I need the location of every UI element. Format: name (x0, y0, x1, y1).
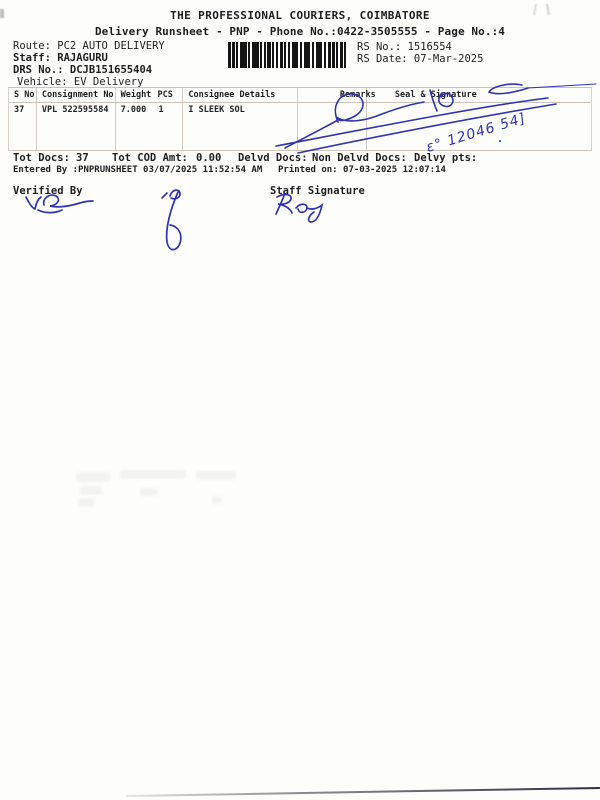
tot-cod-label: Tot COD Amt: (112, 152, 188, 164)
col-header-consignee: Consignee Details (183, 88, 298, 102)
drs-line: DRS No.: DCJB151655404 (13, 64, 152, 76)
rs-no-value: 1516554 (408, 41, 452, 53)
verified-signature-v (26, 197, 41, 209)
drs-value: DCJB151655404 (70, 64, 152, 76)
page-scan-edge (126, 787, 600, 797)
col-header-sno: S No (9, 88, 37, 102)
staff-label: Staff: (13, 52, 51, 64)
middle-signature-tick (162, 193, 167, 198)
bleed-smudge (80, 486, 102, 495)
col-header-consignment: Consignment No (37, 88, 116, 102)
route-label: Route: (13, 40, 51, 52)
bleed-smudge (212, 496, 222, 504)
row-seal-cell (367, 103, 591, 151)
rs-date-line: RS Date: 07-Mar-2025 (357, 53, 483, 65)
bleed-smudge (120, 470, 186, 479)
entered-by-text: Entered By :PNPRUNSHEET 03/07/2025 11:52… (13, 165, 262, 175)
printed-on-text: Printed on: 07-03-2025 12:07:14 (278, 165, 446, 175)
bleed-smudge (140, 488, 158, 496)
delvy-pts-label: Delvy pts: (414, 152, 477, 164)
staff-signature-a (296, 204, 307, 212)
row-weight: 7.000 (116, 103, 153, 151)
staff-signature-y (307, 205, 322, 222)
bleed-smudge (76, 472, 110, 482)
runsheet-document: THE PROFESSIONAL COURIERS, COIMBATORE De… (0, 0, 600, 800)
staff-value: RAJAGURU (57, 52, 108, 64)
table-row: 37 VPL 522595584 7.000 1 I SLEEK SOL (9, 103, 591, 151)
document-subtitle: Delivery Runsheet - PNP - Phone No.:0422… (0, 26, 600, 39)
company-title: THE PROFESSIONAL COURIERS, COIMBATORE (0, 10, 600, 23)
tot-cod-value: 0.00 (196, 152, 221, 164)
col-header-remarks: Remarks (298, 88, 367, 102)
non-delvd-docs-label: Non Delvd Docs: (312, 152, 407, 164)
staff-signature-bowl (277, 195, 292, 213)
rs-date-label: RS Date: (357, 53, 408, 65)
row-consignment-no: VPL 522595584 (37, 103, 116, 151)
verified-by-label: Verified By (13, 185, 83, 197)
row-sno: 37 (9, 103, 37, 151)
col-header-pcs: PCS (152, 88, 183, 102)
middle-signature-stem (167, 192, 181, 250)
drs-label: DRS No.: (13, 64, 64, 76)
rs-date-value: 07-Mar-2025 (414, 53, 484, 65)
delvd-docs-label: Delvd Docs: (238, 152, 308, 164)
col-header-weight: Weight (116, 88, 153, 102)
row-consignee: I SLEEK SOL (183, 103, 298, 151)
consignment-table: S No Consignment No Weight PCS Consignee… (8, 87, 592, 151)
bleed-smudge (78, 498, 94, 507)
verified-signature-underline (38, 210, 62, 213)
barcode-icon (228, 42, 346, 68)
route-line: Route: PC2 AUTO DELIVERY (13, 40, 165, 52)
rs-no-label: RS No.: (357, 41, 401, 53)
rs-no-line: RS No.: 1516554 (357, 41, 452, 53)
staff-signature-label: Staff Signature (270, 185, 365, 197)
staff-line: Staff: RAJAGURU (13, 52, 108, 64)
middle-signature-hook (170, 190, 180, 199)
route-value: PC2 AUTO DELIVERY (57, 40, 164, 52)
staff-signature-stem (276, 196, 284, 214)
row-pcs: 1 (153, 103, 184, 151)
tot-docs-label: Tot Docs: (13, 152, 70, 164)
tot-docs-value: 37 (76, 152, 89, 164)
bleed-smudge (196, 471, 236, 480)
table-header-row: S No Consignment No Weight PCS Consignee… (9, 88, 591, 103)
row-remarks (298, 103, 367, 151)
col-header-seal: Seal & Signature (367, 88, 591, 102)
